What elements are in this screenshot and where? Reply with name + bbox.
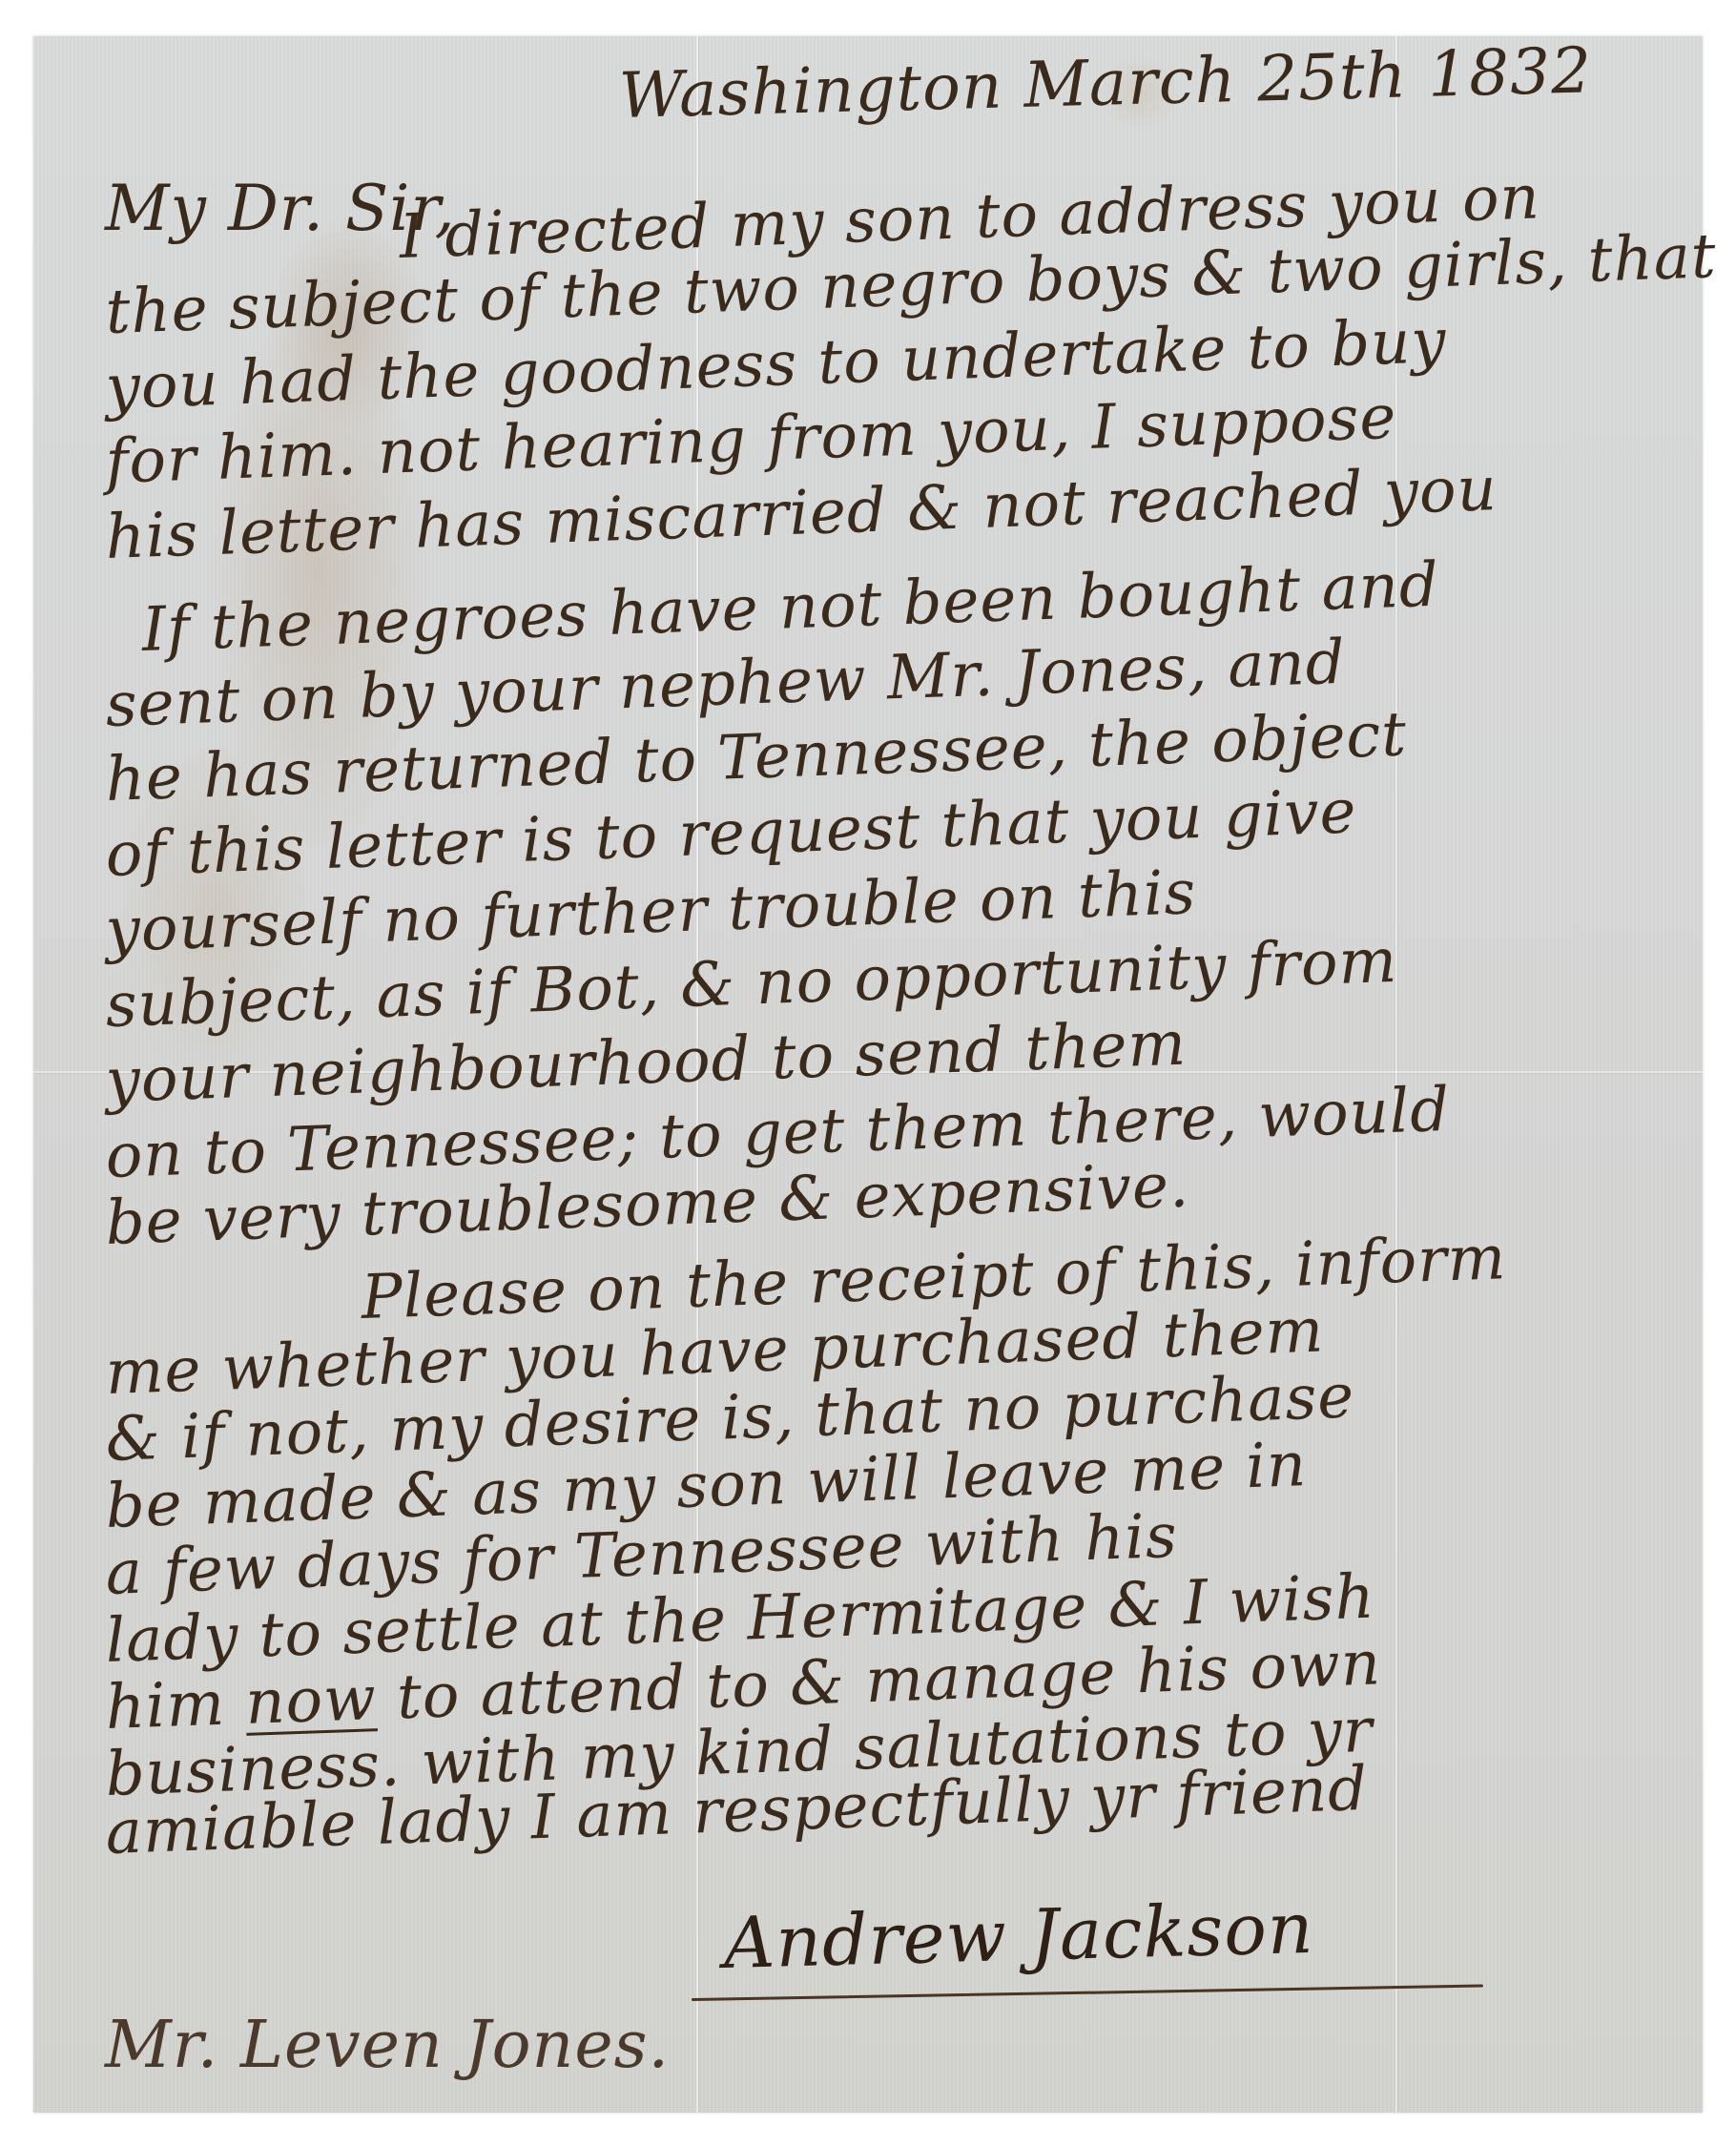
signature: Andrew Jackson: [723, 1888, 1315, 1985]
underlined-word: now: [244, 1663, 378, 1739]
addressee: Mr. Leven Jones.: [105, 2008, 670, 2083]
